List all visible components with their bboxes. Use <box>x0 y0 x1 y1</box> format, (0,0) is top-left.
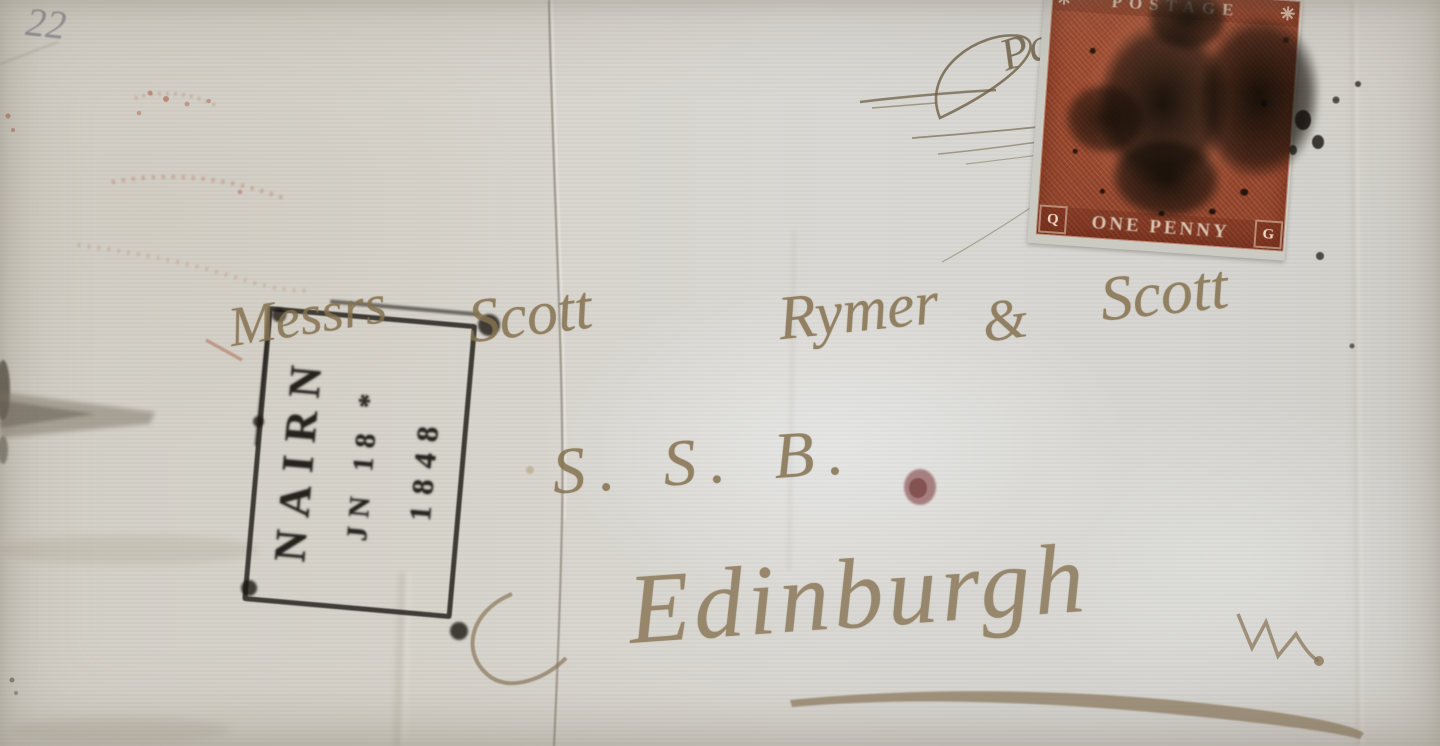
postal-cover: 22 NAIRN JN 18 * 1848 Messrs Scott Rymer… <box>0 0 1440 746</box>
cancel-specks-layer <box>0 0 1440 746</box>
cancel-ink-specks <box>1283 37 1361 349</box>
